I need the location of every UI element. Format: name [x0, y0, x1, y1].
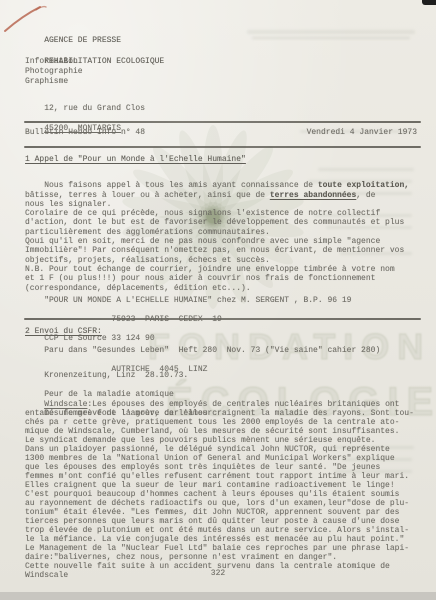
section1-body: Nous faisons appel à tous les amis ayant… — [25, 172, 419, 302]
bleedthrough-line — [318, 168, 414, 171]
section1-title: 1 Appel de "Pour un Monde à l'Echelle Hu… — [25, 155, 246, 164]
page-number: 322 — [0, 569, 436, 578]
section1-body-part: bâtisse, terres à louer ou à acheter, ai… — [25, 191, 270, 200]
masthead: Bulletin Hebdo Info n° 48 Vendredi 4 Jan… — [25, 128, 417, 137]
agency-line1: AGENCE DE PRESSE — [44, 36, 121, 45]
bulletin-date: Vendredi 4 Janvier 1973 — [307, 128, 417, 137]
bleedthrough-line — [247, 30, 415, 34]
article-lead-word: Windscale — [44, 400, 87, 409]
section2-title: 2 Envoi du CSFR: — [25, 327, 102, 336]
bleedthrough-line — [252, 37, 410, 39]
article-text: :Les épouses des employés de centrales n… — [25, 400, 414, 580]
section1-emphasis-underlined: terres abandonnées — [270, 191, 356, 200]
source-publication-line: Paru dans "Gesundes Leben" Heft 280 Nov.… — [44, 346, 380, 355]
scanned-page: FONDATION ÉCOLOGIE AGENCE DE PRESSE REHA… — [0, 0, 436, 592]
article-body: Windscale:Les épouses des employés de ce… — [25, 391, 421, 589]
section1-body-part: , de nous les signaler. Corolaire de ce … — [25, 191, 404, 293]
agency-services: Information Photographie Graphisme — [25, 57, 83, 87]
divider — [24, 146, 421, 148]
section1-emphasis: toute exploitation, — [318, 181, 409, 190]
address-street: 12, rue du Grand Clos — [44, 104, 145, 113]
org-name-line: "POUR UN MONDE A L'ECHELLE HUMAINE" chez… — [44, 296, 351, 305]
bulletin-title: Bulletin Hebdo Info n° 48 — [25, 128, 145, 137]
divider — [24, 318, 421, 320]
divider — [24, 121, 421, 123]
scan-corner-mark — [422, 0, 436, 5]
press-ref: Kronenzeitung, Linz 28.10.73. — [44, 371, 188, 380]
section1-body-part: Nous faisons appel à tous les amis ayant… — [44, 181, 318, 190]
